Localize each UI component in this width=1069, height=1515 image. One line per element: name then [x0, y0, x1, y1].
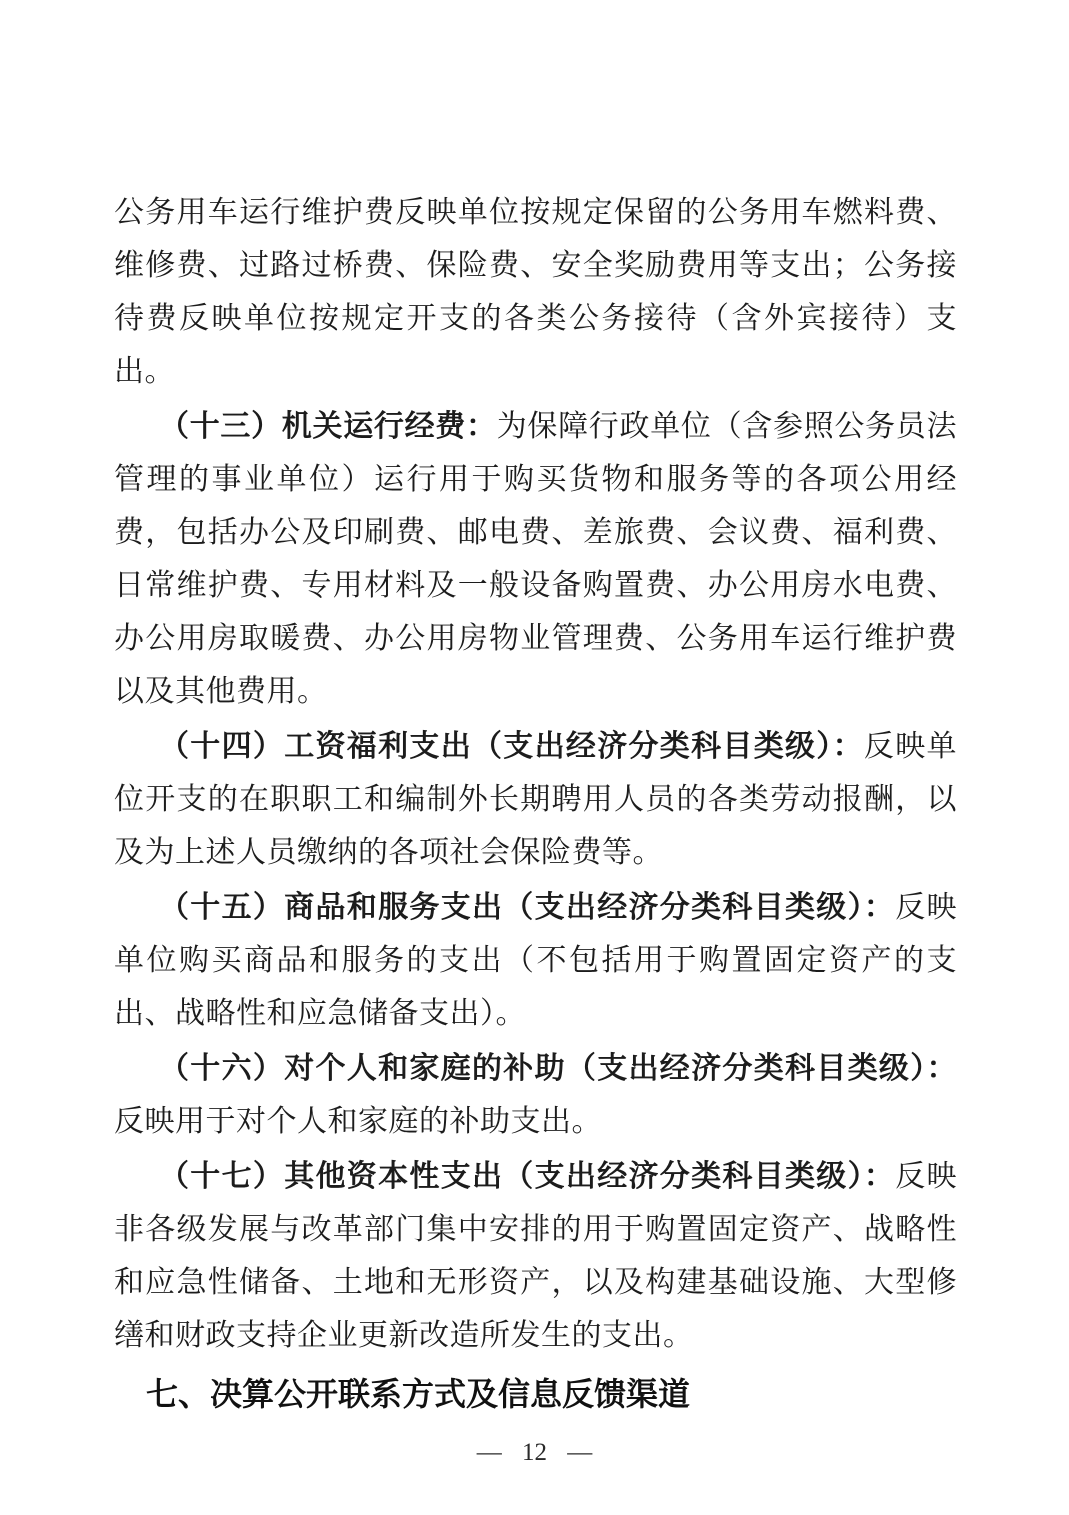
paragraph-lead: （十四）工资福利支出（支出经济分类科目类级）：	[159, 730, 864, 763]
page-number: — 12 —	[0, 1438, 1069, 1468]
body-paragraph: （十五）商品和服务支出（支出经济分类科目类级）：反映单位购买商品和服务的支出（不…	[114, 881, 957, 1040]
paragraphs-container: 公务用车运行维护费反映单位按规定保留的公务用车燃料费、维修费、过路过桥费、保险费…	[114, 186, 957, 1362]
paragraph-lead: （十三）机关运行经费：	[159, 410, 497, 443]
body-paragraph: （十六）对个人和家庭的补助（支出经济分类科目类级）：反映用于对个人和家庭的补助支…	[114, 1042, 957, 1148]
body-paragraph: （十七）其他资本性支出（支出经济分类科目类级）：反映非各级发展与改革部门集中安排…	[114, 1150, 957, 1362]
body-paragraph: （十三）机关运行经费：为保障行政单位（含参照公务员法管理的事业单位）运行用于购买…	[114, 400, 957, 718]
section-heading: 七、决算公开联系方式及信息反馈渠道	[146, 1368, 957, 1421]
document-page: 公务用车运行维护费反映单位按规定保留的公务用车燃料费、维修费、过路过桥费、保险费…	[0, 0, 1069, 1515]
paragraph-lead: （十五）商品和服务支出（支出经济分类科目类级）：	[159, 891, 895, 924]
body-paragraph: （十四）工资福利支出（支出经济分类科目类级）：反映单位开支的在职职工和编制外长期…	[114, 720, 957, 879]
paragraph-lead: （十七）其他资本性支出（支出经济分类科目类级）：	[159, 1160, 895, 1193]
document-body: 公务用车运行维护费反映单位按规定保留的公务用车燃料费、维修费、过路过桥费、保险费…	[114, 186, 957, 1421]
paragraph-text: 公务用车运行维护费反映单位按规定保留的公务用车燃料费、维修费、过路过桥费、保险费…	[114, 196, 957, 388]
paragraph-text: 为保障行政单位（含参照公务员法管理的事业单位）运行用于购买货物和服务等的各项公用…	[114, 410, 957, 708]
paragraph-text: 反映用于对个人和家庭的补助支出。	[114, 1105, 602, 1138]
body-paragraph: 公务用车运行维护费反映单位按规定保留的公务用车燃料费、维修费、过路过桥费、保险费…	[114, 186, 957, 398]
paragraph-lead: （十六）对个人和家庭的补助（支出经济分类科目类级）：	[159, 1052, 957, 1085]
